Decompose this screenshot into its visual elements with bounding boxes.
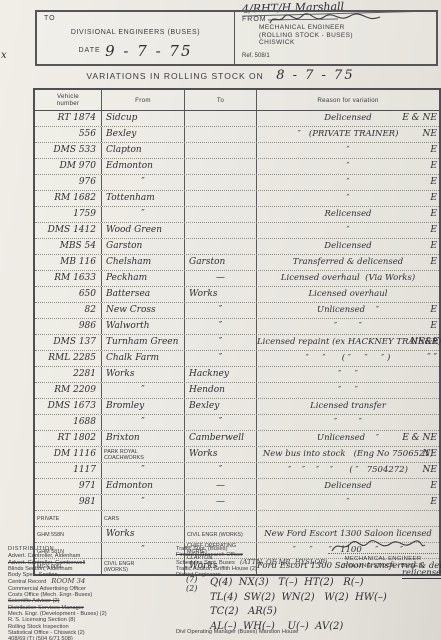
vehicle-number-cell: MBS 54 xyxy=(35,239,102,254)
to-cell: — xyxy=(185,479,257,494)
vehicle-number-cell: 1688 xyxy=(35,415,102,430)
to-cell: Works xyxy=(185,447,257,462)
from-cell: PARK ROYAL COACHWORKS xyxy=(102,447,185,462)
vehicle-number-cell: 986 xyxy=(35,319,102,334)
reason-text: Delicensed xyxy=(257,479,439,494)
to-cell xyxy=(185,111,257,126)
division-code: E xyxy=(430,175,437,190)
to-cell xyxy=(185,175,257,190)
to-value: DIVISIONAL ENGINEERS (BUSES) xyxy=(37,29,234,36)
table-row: 986Walworth″″ ″E xyxy=(35,319,439,335)
to-cell: ″ xyxy=(185,319,257,334)
to-cell xyxy=(185,191,257,206)
reason-cell: ″E xyxy=(257,191,439,206)
from-cell: CARS xyxy=(102,511,185,526)
reason-cell: ″ ″E xyxy=(257,319,439,334)
garage-code-line: TC(2) AR(5) xyxy=(210,605,387,620)
table-row: 82New Cross″Unlicensed ″E xyxy=(35,303,439,319)
reason-cell: Licensed overhaul (Via Works) xyxy=(257,271,439,286)
reason-cell: ″ (PRIVATE TRAINER)NE xyxy=(257,127,439,142)
vehicle-number-cell: DMS 137 xyxy=(35,335,102,350)
vehicle-number-cell: DMS 533 xyxy=(35,143,102,158)
vehicle-number-cell: 650 xyxy=(35,287,102,302)
division-code: E xyxy=(430,159,437,174)
date-label: DATE xyxy=(79,47,101,54)
distribution-item-text: R. S. Licensing Section (8) xyxy=(8,617,75,623)
reason-cell: DelicensedE & NE xyxy=(257,111,439,126)
distribution-middle-items: Traffic Supt. (Buses)Financial Research … xyxy=(176,546,336,578)
to-cell xyxy=(185,223,257,238)
distribution-item-text: Advert. Controller, Camberwell xyxy=(8,560,85,566)
handwritten-addition: (ATTN. OF MR. HYSLOP) xyxy=(240,558,327,566)
table-row: RM 2209″Hendon″ ″ xyxy=(35,383,439,399)
to-cell: ″ xyxy=(185,463,257,478)
to-cell: Hendon xyxy=(185,383,257,398)
date-line: DATE 9 - 7 - 75 xyxy=(37,42,234,61)
vehicle-number-cell: RML 2285 xyxy=(35,351,102,366)
reason-cell: ″ ″ xyxy=(257,415,439,430)
from-cell: ″ xyxy=(102,207,185,222)
reason-text: Relicensed xyxy=(257,207,439,222)
to-cell: Works xyxy=(185,287,257,302)
division-code: E xyxy=(430,255,437,270)
division-code: E xyxy=(430,223,437,238)
reason-cell: ″E xyxy=(257,223,439,238)
table-row: 1688″″″ ″ xyxy=(35,415,439,431)
column-header: Reason for variation xyxy=(257,90,439,110)
to-section: TO DIVISIONAL ENGINEERS (BUSES) DATE 9 -… xyxy=(37,12,235,64)
table-row: PRIVATECARS xyxy=(35,511,439,527)
from-cell: Tottenham xyxy=(102,191,185,206)
reason-cell: Unlicensed ″E & NE xyxy=(257,431,439,446)
reason-text: Unlicensed ″ xyxy=(257,303,439,318)
table-row: DMS 1673BromleyBexleyLicensed transfer xyxy=(35,399,439,415)
garage-code-line: TL(4) SW(2) WN(2) W(2) HW(–) xyxy=(210,591,387,606)
from-cell: Chalk Farm xyxy=(102,351,185,366)
table-row: 556Bexley″ (PRIVATE TRAINER)NE xyxy=(35,127,439,143)
distribution-item-text: Traffic Supt. (Buses) xyxy=(176,546,228,552)
from-cell: Walworth xyxy=(102,319,185,334)
vehicle-number-cell: DMS 1412 xyxy=(35,223,102,238)
date-value: 9 - 7 - 75 xyxy=(105,42,192,60)
table-row: DMS 533Clapton″E xyxy=(35,143,439,159)
from-cell: Clapton xyxy=(102,143,185,158)
reason-text: ″ ″ xyxy=(257,383,439,398)
to-cell xyxy=(185,511,257,526)
table-row: RT 1802BrixtonCamberwellUnlicensed ″E & … xyxy=(35,431,439,447)
distribution-item-text: Statistical Office - Chiswick (2) xyxy=(8,630,85,636)
reason-cell: ″E xyxy=(257,159,439,174)
vehicle-number-cell: RT 1874 xyxy=(35,111,102,126)
distribution-item-text: Traffic Auditor, Griffith House (2) xyxy=(176,566,257,572)
reason-text: ″ xyxy=(257,495,439,510)
distribution-item-text: Advert. Controller, Aldenham xyxy=(8,553,80,559)
reason-cell: RelicensedE xyxy=(257,207,439,222)
from-cell: Turnham Green xyxy=(102,335,185,350)
vehicle-number-cell: RM 1682 xyxy=(35,191,102,206)
to-cell xyxy=(185,207,257,222)
reason-text: Delicensed xyxy=(257,239,439,254)
reason-text: ″ ″ xyxy=(257,415,439,430)
column-header: From xyxy=(102,90,185,110)
vehicle-number-cell: 971 xyxy=(35,479,102,494)
division-code: NE xyxy=(423,127,437,142)
distribution-item-text: Schedules Supt. Buses xyxy=(176,560,235,566)
division-code: NE xyxy=(423,463,437,478)
vehicle-number-cell: DM 1116 xyxy=(35,447,102,462)
to-cell xyxy=(185,159,257,174)
garage-code-allocations: Q(4) NX(3) T(–) HT(2) R(–)TL(4) SW(2) WN… xyxy=(210,576,387,634)
table-row: 650BatterseaWorksLicensed overhaul xyxy=(35,287,439,303)
table-row: DMS 1412Wood Green″E xyxy=(35,223,439,239)
division-code: ″ ″ xyxy=(427,351,437,366)
from-cell: Edmonton xyxy=(102,479,185,494)
distribution-item-text: Central Record xyxy=(8,579,46,585)
handwritten-count-note: (7) (2) xyxy=(186,575,197,593)
stock-table-body: RT 1874SidcupDelicensedE & NE556Bexley″ … xyxy=(35,111,439,574)
distribution-left-items: Advert. Controller, AldenhamAdvert. Cont… xyxy=(8,553,174,640)
division-code: E & NE xyxy=(402,431,437,446)
reason-text: ″ ″ ( ″ ″ ″ ) xyxy=(257,351,439,366)
memo-header-box: TO DIVISIONAL ENGINEERS (BUSES) DATE 9 -… xyxy=(35,10,438,66)
from-office-lines: MECHANICAL ENGINEER (ROLLING STOCK - BUS… xyxy=(259,24,353,47)
division-code: E xyxy=(430,207,437,222)
distribution-list: DISTRIBUTION Advert. Controller, Aldenha… xyxy=(8,546,174,640)
to-cell: — xyxy=(185,271,257,286)
to-label: TO xyxy=(44,15,56,22)
reason-cell: ″ ″ xyxy=(257,367,439,382)
distribution-item-text: Costs Office (Mech. Engr.-Buses) xyxy=(8,592,92,598)
reason-text: ″ ″ xyxy=(257,367,439,382)
vehicle-number-cell: 981 xyxy=(35,495,102,510)
distribution-item: 408/69 (T) (504 6/71 508) xyxy=(8,636,174,640)
reason-text: Licensed overhaul xyxy=(257,287,439,302)
reason-cell: ″ ″ ″ ″ ( ″ 7504272)NE xyxy=(257,463,439,478)
vehicle-number-cell: RM 2209 xyxy=(35,383,102,398)
document-title: VARIATIONS IN ROLLING STOCK ON 8 - 7 - 7… xyxy=(0,66,441,84)
from-cell: ″ xyxy=(102,495,185,510)
from-section: FROM MECHANICAL ENGINEER (ROLLING STOCK … xyxy=(235,12,436,64)
to-cell: — xyxy=(185,495,257,510)
ref-number: Ref. 508/1 xyxy=(242,53,270,59)
title-text: VARIATIONS IN ROLLING STOCK ON xyxy=(86,71,263,81)
vehicle-number-cell: MB 116 xyxy=(35,255,102,270)
column-header: Vehicle number xyxy=(35,90,102,110)
distribution-item-text: Scientific Advisor (2) xyxy=(8,598,60,604)
division-code: E xyxy=(430,191,437,206)
table-row: RT 1874SidcupDelicensedE & NE xyxy=(35,111,439,127)
reason-text: ″ xyxy=(257,143,439,158)
from-cell: Brixton xyxy=(102,431,185,446)
rolling-stock-table: Vehicle numberFromToReason for variation… xyxy=(33,88,441,576)
vehicle-number-cell: 976 xyxy=(35,175,102,190)
signature-scribble-icon xyxy=(328,538,438,554)
signature-office: MECHANICAL ENGINEER (ROLLING STOCK - BUS… xyxy=(328,556,438,570)
reason-text: ″ (PRIVATE TRAINER) xyxy=(257,127,439,142)
from-cell: Battersea xyxy=(102,287,185,302)
reason-cell: Licensed transfer xyxy=(257,399,439,414)
to-cell: ″ xyxy=(185,415,257,430)
reason-text: ″ xyxy=(257,159,439,174)
vehicle-number-cell: PRIVATE xyxy=(35,511,102,526)
vehicle-number-cell: 1759 xyxy=(35,207,102,222)
table-row: DM 1116PARK ROYAL COACHWORKSWorksNew bus… xyxy=(35,447,439,463)
reason-cell: DelicensedE xyxy=(257,239,439,254)
vehicle-number-cell: 2281 xyxy=(35,367,102,382)
division-code: E xyxy=(430,319,437,334)
division-code: E & NE xyxy=(402,111,437,126)
handwritten-addition: ROOM 34 xyxy=(51,577,85,585)
table-row: MB 116ChelshamGarstonTransferred & delic… xyxy=(35,255,439,271)
division-code: E xyxy=(430,479,437,494)
distribution-item-text: Commercial Advertising Officer xyxy=(8,586,86,592)
division-code: E xyxy=(430,239,437,254)
vehicle-number-cell: DM 970 xyxy=(35,159,102,174)
signature-block: MECHANICAL ENGINEER (ROLLING STOCK - BUS… xyxy=(328,538,438,570)
from-cell: Sidcup xyxy=(102,111,185,126)
column-header: To xyxy=(185,90,257,110)
reason-text: ″ xyxy=(257,223,439,238)
table-row: DM 970Edmonton″E xyxy=(35,159,439,175)
from-cell: Edmonton xyxy=(102,159,185,174)
distribution-item-text: Financial Research Officer xyxy=(176,552,243,558)
to-cell: Garston xyxy=(185,255,257,270)
reason-text: ″ ″ ″ ″ ( ″ 7504272) xyxy=(257,463,439,478)
to-cell: CIVIL ENGR (WORKS) xyxy=(185,527,257,542)
from-cell: Chelsham xyxy=(102,255,185,270)
from-cell: Wood Green xyxy=(102,223,185,238)
reason-cell: Licensed repaint (ex HACKNEY TRAINER)NE&… xyxy=(257,335,441,350)
table-row: RM 1682Tottenham″E xyxy=(35,191,439,207)
from-cell: Works xyxy=(102,367,185,382)
distribution-item: Central RecordROOM 34 xyxy=(8,578,174,585)
table-row: MBS 54GarstonDelicensedE xyxy=(35,239,439,255)
from-cell: ″ xyxy=(102,463,185,478)
garage-code-line: Q(4) NX(3) T(–) HT(2) R(–) xyxy=(210,576,387,591)
table-row: 976″″E xyxy=(35,175,439,191)
to-cell xyxy=(185,143,257,158)
ops-manager-line: Divl Operating Manager (Buses) Mansion H… xyxy=(176,629,298,635)
reason-cell xyxy=(257,511,439,526)
table-row: 2281WorksHackney″ ″ xyxy=(35,367,439,383)
table-row: 981″—″E xyxy=(35,495,439,511)
distribution-item-text: 408/69 (T) (504 6/71 508) xyxy=(8,636,73,640)
reason-cell: Licensed overhaul xyxy=(257,287,439,302)
reason-cell: ″E xyxy=(257,143,439,158)
from-cell: Bexley xyxy=(102,127,185,142)
distribution-item: Schedules Supt. Buses(ATTN. OF MR. HYSLO… xyxy=(176,559,336,566)
distribution-item-text: Blinds Section, Aldenham xyxy=(8,566,73,572)
distribution-heading: DISTRIBUTION xyxy=(8,546,174,552)
vehicle-number-cell: GHM 558N xyxy=(35,527,102,542)
reason-text: New bus into stock (Eng No 7506521) xyxy=(257,447,439,462)
to-cell: ″ xyxy=(185,303,257,318)
table-row: DMS 137Turnham Green″Licensed repaint (e… xyxy=(35,335,439,351)
division-code: E xyxy=(430,303,437,318)
to-cell: ″ xyxy=(185,351,257,366)
from-cell: New Cross xyxy=(102,303,185,318)
table-row: 971Edmonton—DelicensedE xyxy=(35,479,439,495)
margin-mark: x xyxy=(1,50,7,61)
from-cell: Peckham xyxy=(102,271,185,286)
reason-cell: ″ ″ ( ″ ″ ″ )″ ″ xyxy=(257,351,439,366)
to-cell: Camberwell xyxy=(185,431,257,446)
vehicle-number-cell: RT 1802 xyxy=(35,431,102,446)
from-cell: ″ xyxy=(102,175,185,190)
distribution-item-text: Distribution Services Manager xyxy=(8,605,84,611)
table-row: RM 1633Peckham—Licensed overhaul (Via Wo… xyxy=(35,271,439,287)
table-row: 1117″″″ ″ ″ ″ ( ″ 7504272)NE xyxy=(35,463,439,479)
distribution-item-text: Rolling Stock Inspection xyxy=(8,624,69,630)
from-label: FROM xyxy=(242,16,267,23)
from-cell: ″ xyxy=(102,415,185,430)
reason-text: ″ ″ xyxy=(257,319,439,334)
division-code: NE&E xyxy=(410,335,439,350)
from-cell: ″ xyxy=(102,383,185,398)
distribution-item-text: Mech. Engr. (Development - Buses) (2) xyxy=(8,611,107,617)
reason-text: Licensed transfer xyxy=(257,399,439,414)
division-code: NE xyxy=(423,447,437,462)
table-row: RML 2285Chalk Farm″″ ″ ( ″ ″ ″ )″ ″ xyxy=(35,351,439,367)
vehicle-number-cell: DMS 1673 xyxy=(35,399,102,414)
division-code: E xyxy=(430,495,437,510)
vehicle-number-cell: 82 xyxy=(35,303,102,318)
vehicle-number-cell: 1117 xyxy=(35,463,102,478)
reason-cell: Unlicensed ″E xyxy=(257,303,439,318)
reason-cell: ″E xyxy=(257,495,439,510)
to-cell: ″ xyxy=(185,335,257,350)
division-code: E xyxy=(430,143,437,158)
from-cell: Bromley xyxy=(102,399,185,414)
vehicle-number-cell: 556 xyxy=(35,127,102,142)
reason-cell: Transferred & delicensedE xyxy=(257,255,439,270)
scanned-memo-page: 4/RHT/H.Marshall x TO DIVISIONAL ENGINEE… xyxy=(0,0,441,640)
vehicle-number-cell: RM 1633 xyxy=(35,271,102,286)
from-cell: Works xyxy=(102,527,185,542)
reason-cell: ″ ″ xyxy=(257,383,439,398)
reason-text: Licensed overhaul (Via Works) xyxy=(257,271,439,286)
to-cell xyxy=(185,239,257,254)
reason-cell: New bus into stock (Eng No 7506521)NE xyxy=(257,447,439,462)
reason-cell: DelicensedE xyxy=(257,479,439,494)
reason-cell: ″E xyxy=(257,175,439,190)
reason-text: Transferred & delicensed xyxy=(257,255,439,270)
to-cell: Bexley xyxy=(185,399,257,414)
table-header-row: Vehicle numberFromToReason for variation xyxy=(35,90,439,111)
reason-text: ″ xyxy=(257,175,439,190)
title-date: 8 - 7 - 75 xyxy=(276,68,354,83)
table-row: 1759″RelicensedE xyxy=(35,207,439,223)
to-cell xyxy=(185,127,257,142)
reason-text: ″ xyxy=(257,191,439,206)
from-cell: Garston xyxy=(102,239,185,254)
to-cell: Hackney xyxy=(185,367,257,382)
